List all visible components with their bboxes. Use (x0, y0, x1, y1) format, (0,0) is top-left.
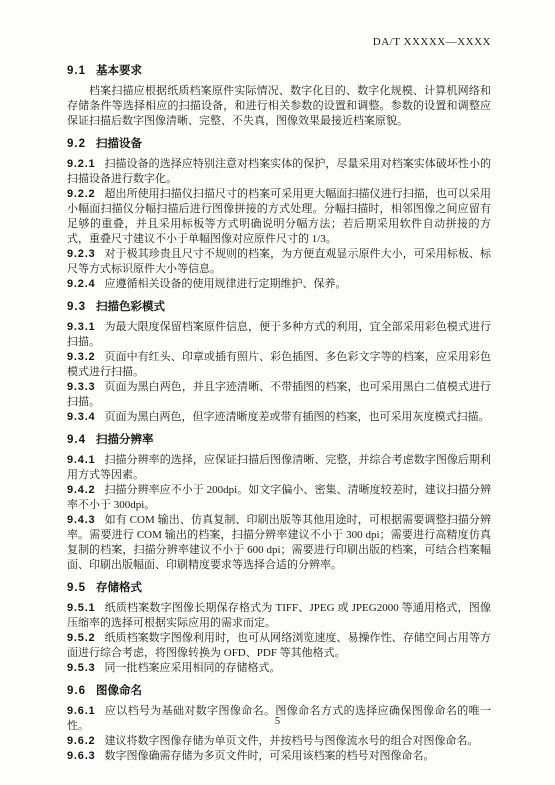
clause: 9.6.3数字图像确需存储为多页文件时，可采用该档案的档号对图像命名。 (67, 749, 491, 764)
clause-number: 9.2.4 (67, 278, 95, 290)
clause-number: 9.3.2 (67, 351, 95, 363)
section-heading-9-3: 9.3扫描色彩模式 (67, 299, 491, 315)
clause: 9.4.2扫描分辨率应不小于 200dpi。如文字偏小、密集、清晰度较差时，建议… (67, 483, 491, 513)
clause: 9.3.1为最大限度保留档案原件信息，便于多种方式的利用，宜全部采用彩色模式进行… (67, 320, 491, 350)
section-heading-9-4: 9.4扫描分辨率 (67, 432, 491, 448)
clause-text: 页面中有红头、印章或插有照片、彩色插图、多色彩文字等的档案，应采用彩色模式进行扫… (67, 351, 491, 378)
clause-text: 纸质档案数字图像长期保存格式为 TIFF、JPEG 或 JPEG2000 等通用… (67, 602, 491, 629)
clause: 9.4.1扫描分辨率的选择，应保证扫描后图像清晰、完整，并综合考虑数字图像后期利… (67, 453, 491, 483)
section-title: 扫描分辨率 (96, 434, 154, 446)
clause-text: 扫描分辨率应不小于 200dpi。如文字偏小、密集、清晰度较差时，建议扫描分辨率… (67, 484, 491, 511)
clause-number: 9.4.2 (67, 484, 95, 496)
clause-number: 9.5.3 (67, 662, 95, 674)
clause-text: 同一批档案应采用相同的存储格式。 (104, 662, 280, 674)
page-header: DA/T XXXXX—XXXX (67, 36, 491, 48)
section-heading-9-2: 9.2扫描设备 (67, 136, 491, 152)
clause: 9.5.1纸质档案数字图像长期保存格式为 TIFF、JPEG 或 JPEG200… (67, 601, 491, 631)
section-number: 9.1 (67, 65, 86, 77)
document-code: DA/T XXXXX—XXXX (373, 36, 491, 48)
clause-number: 9.3.4 (67, 411, 95, 423)
section-title: 扫描色彩模式 (96, 301, 165, 313)
document-content: 9.1基本要求档案扫描应根据纸质档案原件实际情况、数字化目的、数字化规模、计算机… (67, 56, 491, 764)
section-title: 图像命名 (96, 685, 142, 697)
clause-number: 9.6.3 (67, 750, 95, 762)
page-number: 5 (275, 716, 280, 727)
section-heading-9-6: 9.6图像命名 (67, 683, 491, 699)
clause-text: 扫描设备的选择应特别注意对档案实体的保护，尽量采用对档案实体破坏性小的扫描设备进… (67, 158, 491, 185)
clause-number: 9.3.1 (67, 321, 95, 333)
clause: 9.2.1扫描设备的选择应特别注意对档案实体的保护，尽量采用对档案实体破坏性小的… (67, 157, 491, 187)
clause-text: 档案扫描应根据纸质档案原件实际情况、数字化目的、数字化规模、计算机网络和存储条件… (67, 85, 491, 127)
clause: 9.2.2超出所使用扫描仪扫描尺寸的档案可采用更大幅面扫描仪进行扫描，也可以采用… (67, 187, 491, 247)
section-title: 基本要求 (96, 65, 142, 77)
clause-text: 为最大限度保留档案原件信息，便于多种方式的利用，宜全部采用彩色模式进行扫描。 (67, 321, 491, 348)
clause: 9.2.4应遵循相关设备的使用规律进行定期维护、保养。 (67, 277, 491, 292)
clause-number: 9.5.2 (67, 632, 95, 644)
section-title: 存储格式 (96, 582, 142, 594)
clause-number: 9.6.2 (67, 735, 95, 747)
clause-number: 9.4.1 (67, 454, 95, 466)
clause-text: 页面为黑白两色，但字迹清晰度差或带有插图的档案，也可采用灰度模式扫描。 (104, 411, 489, 423)
clause-text: 超出所使用扫描仪扫描尺寸的档案可采用更大幅面扫描仪进行扫描，也可以采用小幅面扫描… (67, 188, 491, 245)
clause-text: 建议将数字图像存储为单页文件，并按档号与图像流水号的组合对图像命名。 (104, 735, 478, 747)
clause: 9.5.3同一批档案应采用相同的存储格式。 (67, 661, 491, 676)
clause: 9.4.3如有 COM 输出、仿真复制、印刷出版等其他用途时，可根据需要调整扫描… (67, 513, 491, 573)
clause: 9.5.2纸质档案数字图像利用时，也可从网络浏览速度、易操作性、存储空间占用等方… (67, 631, 491, 661)
clause: 9.3.3页面为黑白两色，并且字迹清晰、不带插图的档案，也可采用黑白二值模式进行… (67, 380, 491, 410)
page-footer: 5 (0, 716, 555, 727)
clause-text: 页面为黑白两色，并且字迹清晰、不带插图的档案，也可采用黑白二值模式进行扫描。 (67, 381, 491, 408)
section-heading-9-5: 9.5存储格式 (67, 580, 491, 596)
section-number: 9.4 (67, 434, 86, 446)
clause-text: 扫描分辨率的选择，应保证扫描后图像清晰、完整，并综合考虑数字图像后期利用方式等因… (67, 454, 491, 481)
clause-text: 应遵循相关设备的使用规律进行定期维护、保养。 (104, 278, 346, 290)
section-number: 9.5 (67, 582, 86, 594)
clause-text: 数字图像确需存储为多页文件时，可采用该档案的档号对图像命名。 (104, 750, 434, 762)
clause-number: 9.3.3 (67, 381, 95, 393)
clause-text: 对于极其珍贵且尺寸不规则的档案，为方便直观显示原件大小，可采用标板、标尺等方式标… (67, 248, 491, 275)
section-number: 9.2 (67, 138, 86, 150)
clause: 9.3.4页面为黑白两色，但字迹清晰度差或带有插图的档案，也可采用灰度模式扫描。 (67, 410, 491, 425)
section-title: 扫描设备 (96, 138, 142, 150)
clause-number: 9.2.2 (67, 188, 95, 200)
clause-number: 9.5.1 (67, 602, 95, 614)
section-number: 9.3 (67, 301, 86, 313)
clause: 9.3.2页面中有红头、印章或插有照片、彩色插图、多色彩文字等的档案，应采用彩色… (67, 350, 491, 380)
clause: 9.6.2建议将数字图像存储为单页文件，并按档号与图像流水号的组合对图像命名。 (67, 734, 491, 749)
clause-number: 9.2.3 (67, 248, 95, 260)
clause-number: 9.4.3 (67, 514, 95, 526)
clause-number: 9.2.1 (67, 158, 95, 170)
clause-text: 纸质档案数字图像利用时，也可从网络浏览速度、易操作性、存储空间占用等方面进行综合… (67, 632, 491, 659)
section-number: 9.6 (67, 685, 86, 697)
clause: 9.2.3对于极其珍贵且尺寸不规则的档案，为方便直观显示原件大小，可采用标板、标… (67, 247, 491, 277)
section-heading-9-1: 9.1基本要求 (67, 63, 491, 79)
document-page: DA/T XXXXX—XXXX 9.1基本要求档案扫描应根据纸质档案原件实际情况… (0, 0, 555, 785)
clause-text: 如有 COM 输出、仿真复制、印刷出版等其他用途时，可根据需要调整扫描分辨率。需… (67, 514, 491, 571)
paragraph: 档案扫描应根据纸质档案原件实际情况、数字化目的、数字化规模、计算机网络和存储条件… (67, 84, 491, 129)
